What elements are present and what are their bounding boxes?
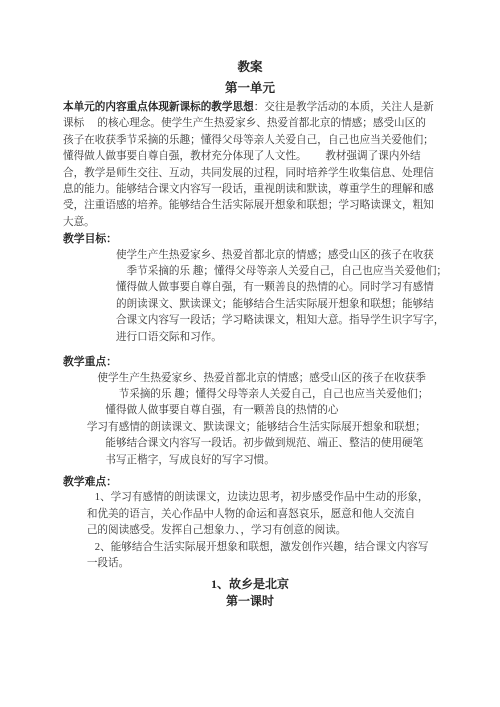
section-line: 能够结合课文内容写一段话。初步做到规范、端正、整洁的使用硬笔 [63, 436, 437, 452]
section-line: 书写正楷字，写成良好的写字习惯。 [63, 453, 437, 469]
lesson-subtitle: 第一课时 [63, 593, 437, 610]
section-line: 2、能够结合生活实际展开想象和联想，激发创作兴趣，结合课文内容写 [63, 540, 437, 556]
section-difficulties-body: 1、学习有感情的朗读课文，边读边思考，初步感受作品中生动的形象， 和优美的语言，… [63, 490, 437, 572]
section-difficulties: 教学难点： 1、学习有感情的朗读课文，边读边思考，初步感受作品中生动的形象， 和… [63, 474, 437, 572]
intro-line: 息的能力。能够结合课文内容写一段话，重视朗读和默读，尊重学生的理解和感 [63, 182, 437, 198]
intro-line: 大意。 [63, 215, 437, 231]
section-line: 一段话。 [63, 556, 437, 572]
section-line: 节采摘的乐 趣；懂得父母等亲人关爱自己，自己也应当关爱他们； [63, 387, 437, 403]
section-objectives-heading: 教学目标： [63, 231, 437, 247]
intro-lead-tail: ：交往是教学活动的本质，关注人是新 [254, 102, 434, 113]
section-line: 进行口语交际和习作。 [63, 330, 437, 346]
intro-line: 课标 的核心理念。使学生产生热爱家乡、热爱首都北京的情感；感受山区的 [63, 116, 437, 132]
section-line: 合课文内容写一段话；学习略读课文，粗知大意。指导学生识字写字， [63, 313, 437, 329]
section-line: 1、学习有感情的朗读课文，边读边思考，初步感受作品中生动的形象， [63, 490, 437, 506]
section-objectives-body: 使学生产生热爱家乡、热爱首都北京的情感；感受山区的孩子在收获 季节采摘的乐 趣；… [63, 248, 437, 346]
section-objectives: 教学目标： 使学生产生热爱家乡、热爱首都北京的情感；感受山区的孩子在收获 季节采… [63, 231, 437, 346]
section-line: 懂得做人做事要自尊自强，有一颗善良的热情的心。同时学习有感情 [63, 280, 437, 296]
intro-line: 合，教学是师生交往、互动，共同发展的过程，同时培养学生收集信息、处理信 [63, 166, 437, 182]
section-line: 使学生产生热爱家乡、热爱首都北京的情感；感受山区的孩子在收获 [63, 248, 437, 264]
intro-first-line: 本单元的内容重点体现新课标的教学思想：交往是教学活动的本质，关注人是新 [63, 100, 437, 116]
intro-lines: 课标 的核心理念。使学生产生热爱家乡、热爱首都北京的情感；感受山区的孩子在收获季… [63, 116, 437, 231]
intro-line: 受，注重语感的培养。能够结合生活实际展开想象和联想；学习略读课文，粗知 [63, 198, 437, 214]
section-line: 使学生产生热爱家乡、热爱首都北京的情感；感受山区的孩子在收获季 [63, 371, 437, 387]
section-line: 学习有感情的朗读课文、默读课文；能够结合生活实际展开想象和联想； [63, 420, 437, 436]
intro-paragraph: 本单元的内容重点体现新课标的教学思想：交往是教学活动的本质，关注人是新 课标 的… [63, 100, 437, 231]
doc-title: 教案 [63, 59, 437, 75]
section-line: 和优美的语言，关心作品中人物的命运和喜怒哀乐，愿意和他人交流自 [63, 507, 437, 523]
section-difficulties-heading: 教学难点： [63, 474, 437, 490]
section-key-points-heading: 教学重点： [63, 354, 437, 370]
intro-line: 孩子在收获季节采摘的乐趣；懂得父母等亲人关爱自己，自己也应当关爱他们； [63, 133, 437, 149]
intro-lead: 本单元的内容重点体现新课标的教学思想 [63, 102, 254, 113]
lesson-title: 1、故乡是北京 [63, 576, 437, 593]
section-key-points-body: 使学生产生热爱家乡、热爱首都北京的情感；感受山区的孩子在收获季 节采摘的乐 趣；… [63, 371, 437, 469]
section-line: 的朗读课文、默读课文；能够结合生活实际展开想象和联想；能够结 [63, 297, 437, 313]
section-key-points: 教学重点： 使学生产生热爱家乡、热爱首都北京的情感；感受山区的孩子在收获季 节采… [63, 354, 437, 469]
section-line: 己的阅读感受。发挥自己想象力、，学习有创意的阅读。 [63, 523, 437, 539]
intro-line: 懂得做人做事要自尊自强，教材充分体现了人文性。 教材强调了课内外结 [63, 149, 437, 165]
section-line: 季节采摘的乐 趣；懂得父母等亲人关爱自己，自己也应当关爱他们； [63, 264, 437, 280]
document-page: 教案 第一单元 本单元的内容重点体现新课标的教学思想：交往是教学活动的本质，关注… [0, 0, 500, 707]
section-line: 懂得做人做事要自尊自强，有一颗善良的热情的心 [63, 403, 437, 419]
unit-title: 第一单元 [63, 80, 437, 96]
